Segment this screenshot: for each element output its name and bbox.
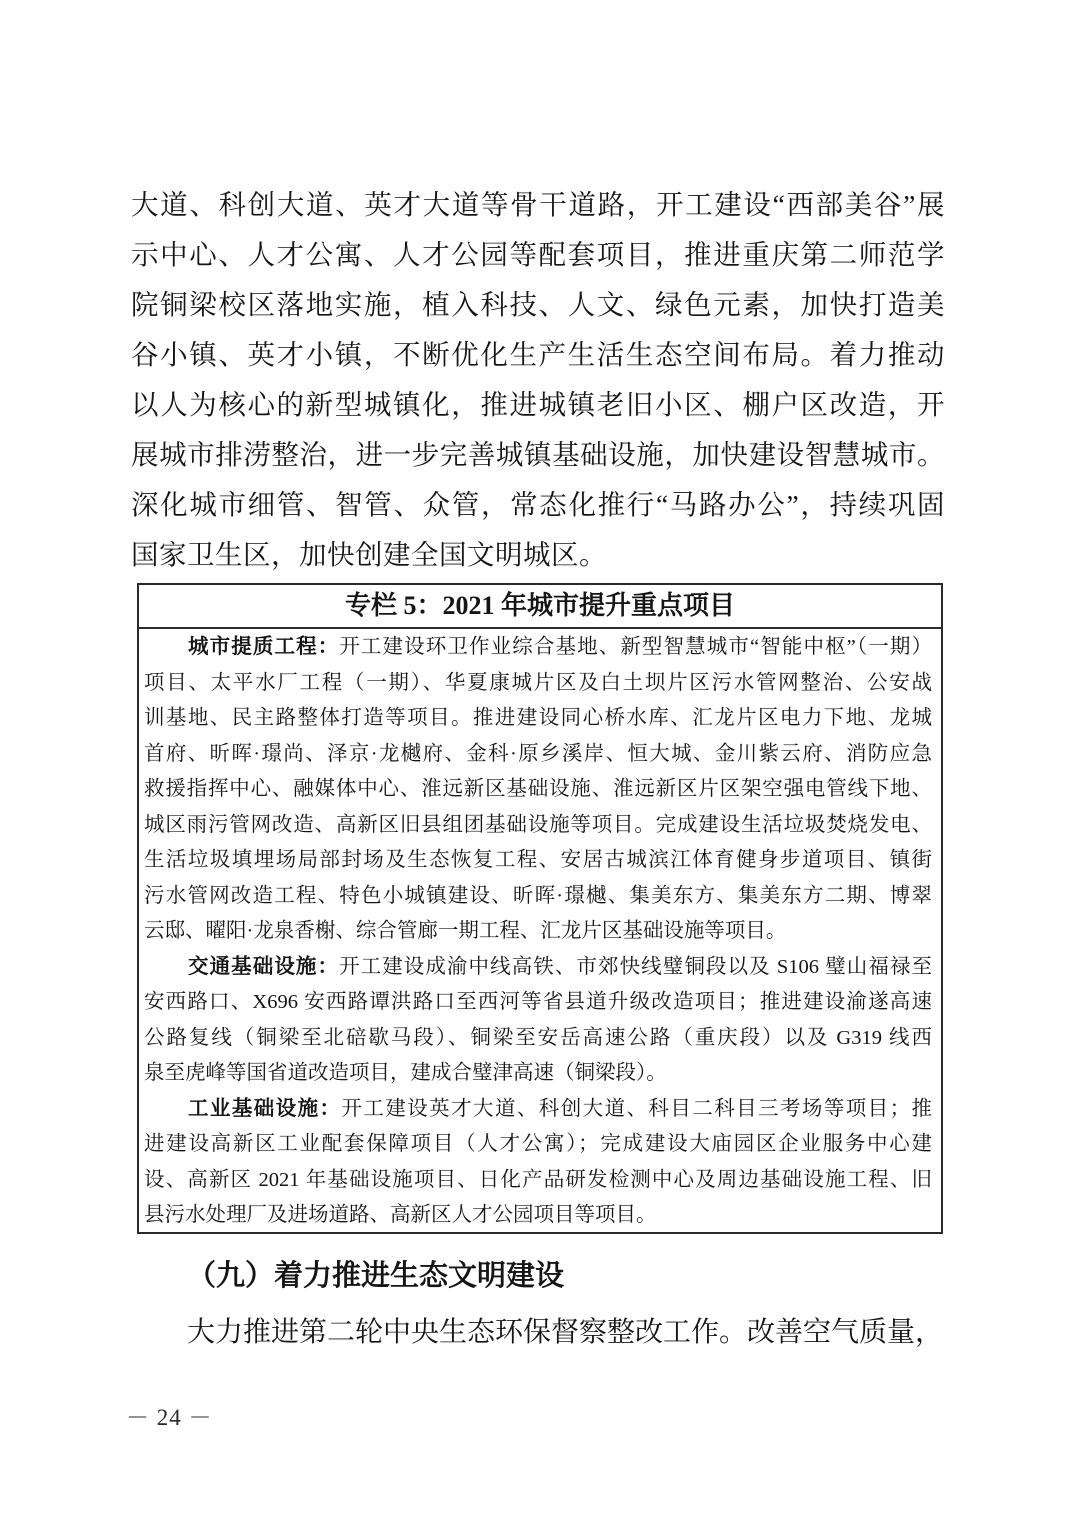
text-line: 公路复线（铜梁至北碚歇马段）、铜梁至安岳高速公路（重庆段）以及 G319 线西 <box>144 1021 932 1057</box>
text-line: 污水管网改造工程、特色小城镇建设、昕晖·璟樾、集美东方、集美东方二期、博翠 <box>144 879 932 915</box>
text-line: 救援指挥中心、融媒体中心、淮远新区基础设施、淮远新区片区架空强电管线下地、 <box>144 772 932 808</box>
closing-paragraph: 大力推进第二轮中央生态环保督察整改工作。改善空气质量， <box>131 1310 945 1356</box>
text-line: 大道、科创大道、英才大道等骨干道路，开工建设“西部美谷”展 <box>131 180 945 230</box>
section-lines: 项目、太平水厂工程（一期）、华夏康城片区及白土坝片区污水管网整治、公安战训基地、… <box>144 666 932 915</box>
panel-section-industry: 工业基础设施：开工建设英才大道、科创大道、科目二科目三考场等项目；推 进建设高新… <box>144 1092 932 1234</box>
text-line: 训基地、民主路整体打造等项目。推进建设同心桥水库、汇龙片区电力下地、龙城 <box>144 701 932 737</box>
panel-section-urban-quality: 城市提质工程：开工建设环卫作业综合基地、新型智慧城市“智能中枢”（一期） 项目、… <box>144 630 932 950</box>
text-line: 深化城市细管、智管、众管，常态化推行“马路办公”，持续巩固 <box>131 480 945 530</box>
project-panel: 专栏 5：2021 年城市提升重点项目 城市提质工程：开工建设环卫作业综合基地、… <box>137 583 943 1234</box>
section-label: 交通基础设施： <box>188 956 339 978</box>
section-lines: 进建设高新区工业配套保障项目（人才公寓）；完成建设大庙园区企业服务中心建设、高新… <box>144 1127 932 1198</box>
text-line: 谷小镇、英才小镇，不断优化生产生活生态空间布局。着力推动 <box>131 330 945 380</box>
section-lead-text: 开工建设环卫作业综合基地、新型智慧城市“智能中枢”（一期） <box>339 636 932 658</box>
section-lead-text: 开工建设英才大道、科创大道、科目二科目三考场等项目；推 <box>341 1098 932 1120</box>
text-line: 项目、太平水厂工程（一期）、华夏康城片区及白土坝片区污水管网整治、公安战 <box>144 666 932 702</box>
section-label: 工业基础设施： <box>188 1098 341 1120</box>
body-paragraph-lines: 大道、科创大道、英才大道等骨干道路，开工建设“西部美谷”展示中心、人才公寓、人才… <box>131 180 945 530</box>
text-line: 展城市排涝整治，进一步完善城镇基础设施，加快建设智慧城市。 <box>131 430 945 480</box>
document-page: { "colors": { "background": "#ffffff", "… <box>0 0 1074 1520</box>
page-number: － 24 － <box>126 1399 213 1432</box>
panel-section-transport: 交通基础设施：开工建设成渝中线高铁、市郊快线璧铜段以及 S106 璧山福禄至 安… <box>144 950 932 1092</box>
panel-title: 专栏 5：2021 年城市提升重点项目 <box>139 585 941 629</box>
text-line: 城区雨污管网改造、高新区旧县组团基础设施等项目。完成建设生活垃圾焚烧发电、 <box>144 808 932 844</box>
text-line: 以人为核心的新型城镇化，推进城镇老旧小区、棚户区改造，开 <box>131 380 945 430</box>
section-last-line: 县污水处理厂及进场道路、高新区人才公园项目等项目。 <box>144 1198 932 1234</box>
text-line: 首府、昕晖·璟尚、泽京·龙樾府、金科·原乡溪岸、恒大城、金川紫云府、消防应急 <box>144 737 932 773</box>
text-line: 进建设高新区工业配套保障项目（人才公寓）；完成建设大庙园区企业服务中心建 <box>144 1127 932 1163</box>
text-line: 安西路口、X696 安西路谭洪路口至西河等省县道升级改造项目；推进建设渝遂高速 <box>144 985 932 1021</box>
text-line: 院铜梁校区落地实施，植入科技、人文、绿色元素，加快打造美 <box>131 280 945 330</box>
text-line: 示中心、人才公寓、人才公园等配套项目，推进重庆第二师范学 <box>131 230 945 280</box>
text-line: 生活垃圾填埋场局部封场及生态恢复工程、安居古城滨江体育健身步道项目、镇街 <box>144 843 932 879</box>
section-label: 城市提质工程： <box>188 636 339 658</box>
panel-body: 城市提质工程：开工建设环卫作业综合基地、新型智慧城市“智能中枢”（一期） 项目、… <box>139 629 941 1234</box>
section-lines: 安西路口、X696 安西路谭洪路口至西河等省县道升级改造项目；推进建设渝遂高速公… <box>144 985 932 1056</box>
body-paragraph-last-line: 国家卫生区，加快创建全国文明城区。 <box>131 530 945 580</box>
text-line: 设、高新区 2021 年基础设施项目、日化产品研发检测中心及周边基础设施工程、旧 <box>144 1163 932 1199</box>
section-last-line: 泉至虎峰等国省道改造项目，建成合璧津高速（铜梁段）。 <box>144 1056 932 1092</box>
section-lead-text: 开工建设成渝中线高铁、市郊快线璧铜段以及 S106 璧山福禄至 <box>339 956 932 978</box>
section-last-line: 云邸、曜阳·龙泉香榭、综合管廊一期工程、汇龙片区基础设施等项目。 <box>144 914 932 950</box>
section-lead-line: 工业基础设施：开工建设英才大道、科创大道、科目二科目三考场等项目；推 <box>144 1092 932 1128</box>
section-lead-line: 交通基础设施：开工建设成渝中线高铁、市郊快线璧铜段以及 S106 璧山福禄至 <box>144 950 932 986</box>
section-heading: （九）着力推进生态文明建设 <box>131 1255 945 1297</box>
body-paragraph: 大道、科创大道、英才大道等骨干道路，开工建设“西部美谷”展示中心、人才公寓、人才… <box>131 180 945 580</box>
section-lead-line: 城市提质工程：开工建设环卫作业综合基地、新型智慧城市“智能中枢”（一期） <box>144 630 932 666</box>
